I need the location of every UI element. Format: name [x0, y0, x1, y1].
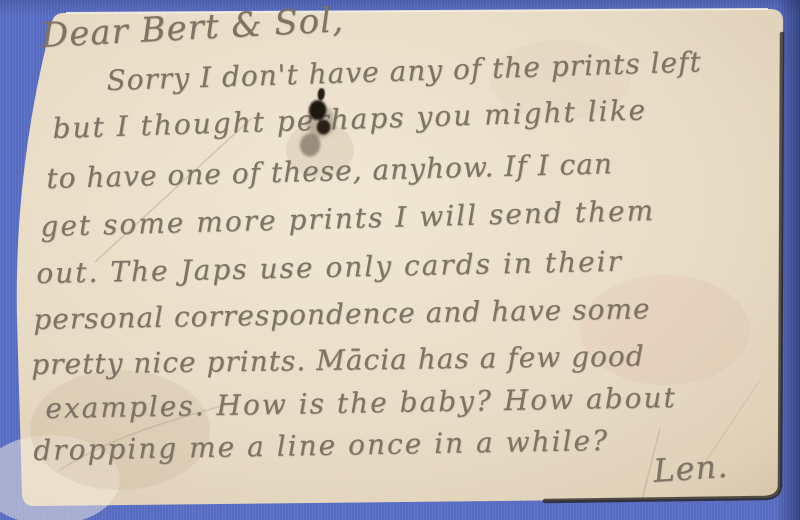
handwriting-line: personal correspondence and have some: [33, 292, 651, 336]
handwriting-line: get some more prints I will send them: [40, 194, 656, 243]
photo-backdrop: Dear Bert & Sol, Sorry I don't have any …: [0, 0, 800, 520]
handwriting-line: pretty nice prints. Mācia has a few good: [31, 339, 645, 381]
handwriting-line: but I thought perhaps you might like: [52, 93, 648, 145]
handwriting-line: out. The Japs use only cards in their: [36, 245, 623, 290]
handwriting-line: dropping me a line once in a while?: [33, 424, 609, 467]
handwriting-line: Sorry I don't have any of the prints lef…: [106, 45, 702, 97]
signature: Len.: [652, 447, 729, 490]
handwriting-line: examples. How is the baby? How about: [45, 381, 677, 425]
ink-blot: [290, 86, 345, 165]
salutation: Dear Bert & Sol,: [40, 0, 345, 56]
handwritten-message: Dear Bert & Sol, Sorry I don't have any …: [0, 0, 800, 520]
